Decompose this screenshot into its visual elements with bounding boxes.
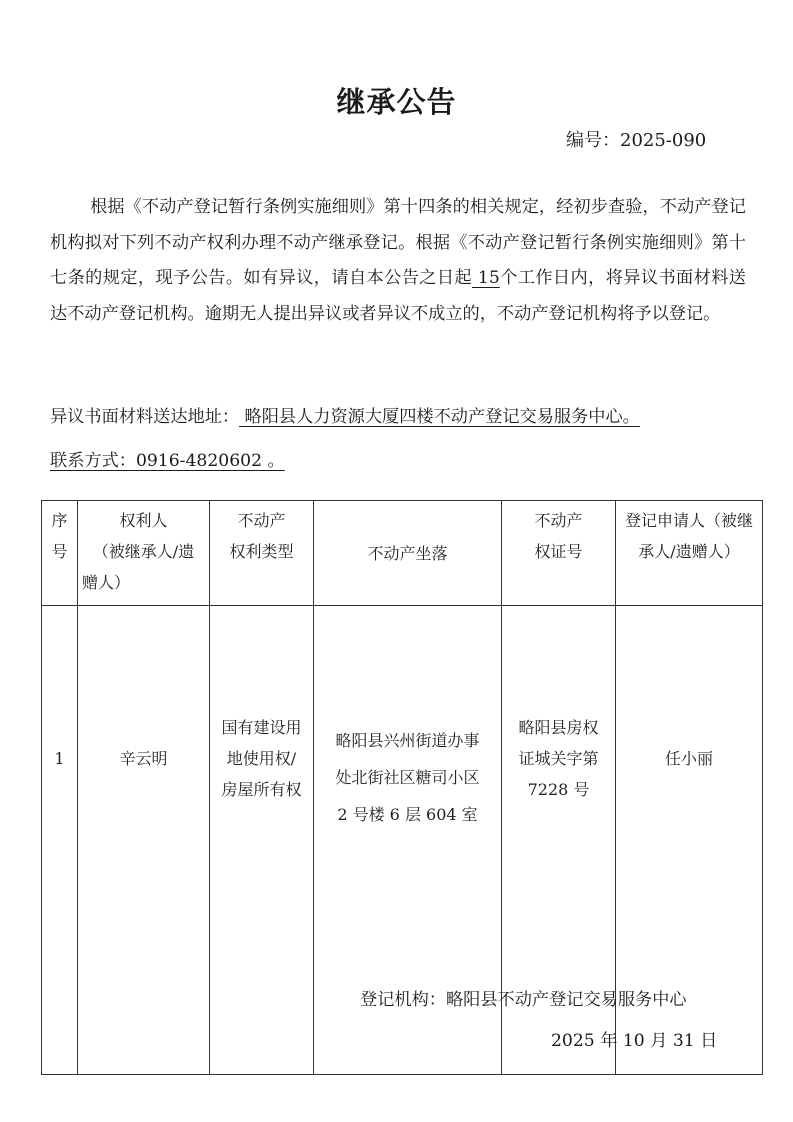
- address-line: 异议书面材料送达地址： 略阳县人力资源大厦四楼不动产登记交易服务中心。: [50, 402, 640, 427]
- objection-days: 15: [472, 268, 500, 288]
- address-value: 略阳县人力资源大厦四楼不动产登记交易服务中心。: [239, 407, 640, 427]
- header-applicant: 登记申请人（被继承人/遗赠人）: [616, 501, 763, 606]
- registration-authority: 登记机构：略阳县不动产登记交易服务中心: [360, 985, 687, 1010]
- notice-date: 2025 年 10 月 31 日: [551, 1026, 717, 1051]
- header-certificate: 不动产权证号: [502, 501, 616, 606]
- header-right-type: 不动产权利类型: [210, 501, 314, 606]
- notice-body: 根据《不动产登记暂行条例实施细则》第十四条的相关规定，经初步查验，不动产登记机构…: [50, 190, 746, 332]
- cell-index: 1: [42, 606, 78, 1075]
- cell-holder: 辛云明: [78, 606, 210, 1075]
- header-location: 不动产坐落: [314, 501, 502, 606]
- document-number: 编号：2025-090: [566, 126, 706, 152]
- table-header-row: 序号 权利人（被继承人/遗赠人） 不动产权利类型 不动产坐落 不动产权证号 登记…: [42, 501, 763, 606]
- contact-line: 联系方式：0916-4820602 。: [50, 446, 285, 471]
- cell-right-type: 国有建设用地使用权/房屋所有权: [210, 606, 314, 1075]
- notice-title: 继承公告: [0, 80, 793, 121]
- header-holder: 权利人（被继承人/遗赠人）: [78, 501, 210, 606]
- address-label: 异议书面材料送达地址：: [50, 407, 239, 427]
- header-index: 序号: [42, 501, 78, 606]
